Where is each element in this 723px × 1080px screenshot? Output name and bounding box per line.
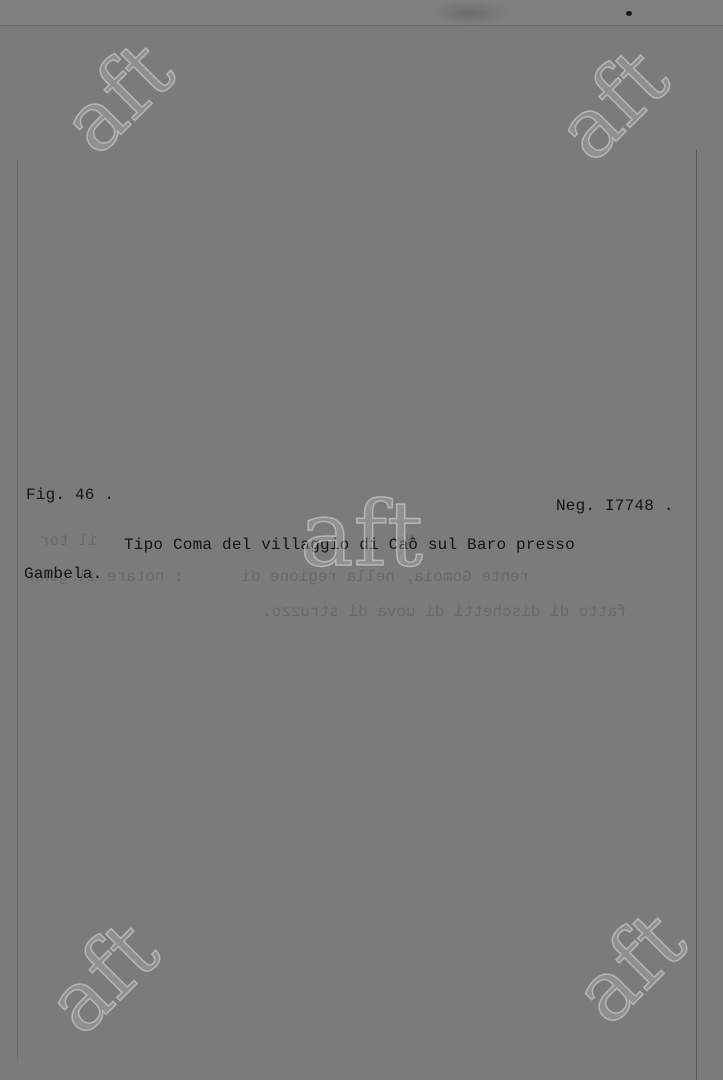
watermark-center: aft <box>300 490 423 580</box>
left-edge-line <box>17 160 18 1060</box>
figure-label: Fig. 46 . <box>26 486 114 504</box>
smudge-mark <box>430 0 510 26</box>
negative-number: Neg. I7748 . <box>556 497 674 515</box>
bleed-through-line-2: rente Gomoia, nella regione di : notare … <box>30 568 529 586</box>
caption-line-2: Gambela. <box>24 565 102 583</box>
top-border-strip <box>0 0 723 26</box>
bleed-through-line-3: fatto di dischetti di uova di struzzo. <box>262 603 627 621</box>
ink-dot <box>626 11 632 16</box>
right-edge-line <box>696 150 697 1080</box>
